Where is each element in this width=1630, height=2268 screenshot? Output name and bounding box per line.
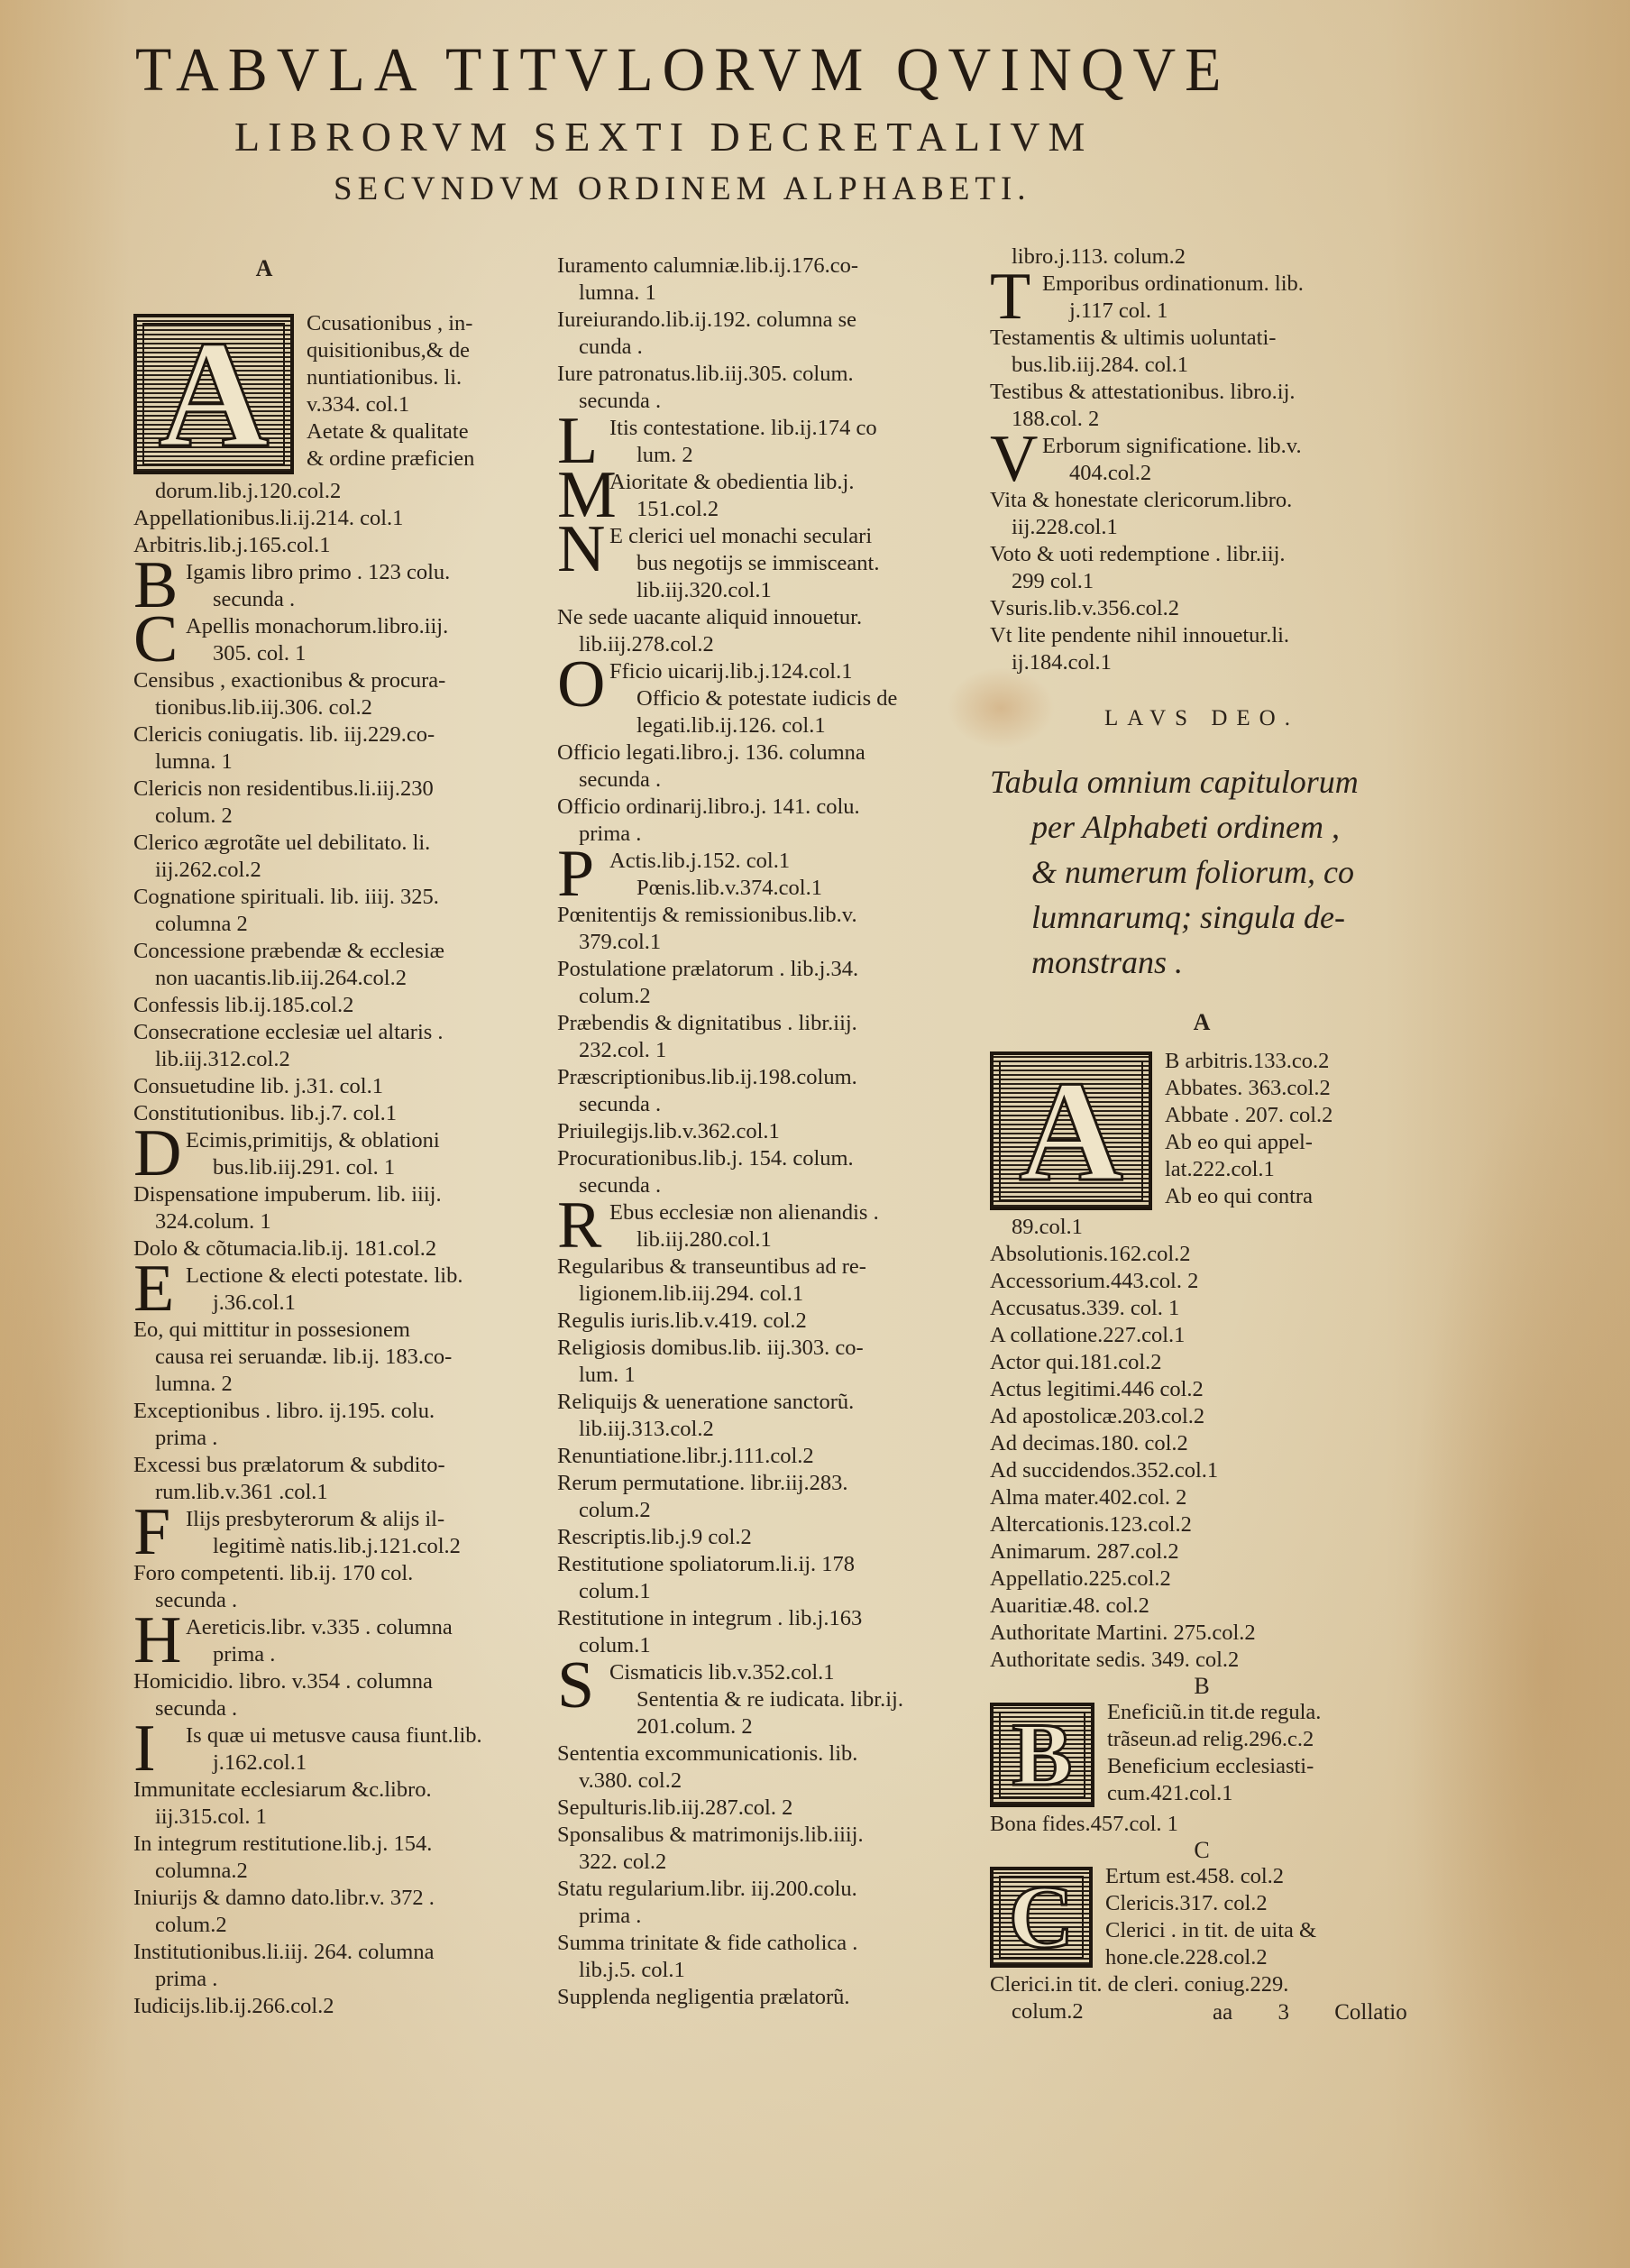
index-entry: Sponsalibus & matrimonijs.lib.iiij.322. … [557, 1822, 958, 1876]
entry-continuation: colum.2 [557, 1497, 958, 1524]
entry-text: Itis contestatione. lib.ij.174 co [609, 415, 958, 442]
drop-cap-letter: F [133, 1504, 170, 1560]
entry-text: Ilijs presbyterorum & alijs il- [186, 1506, 530, 1533]
entry-continuation: prima . [133, 1966, 530, 1993]
entry-text: Iure patronatus.lib.iij.305. colum. [557, 361, 958, 388]
entry-continuation: 232.col. 1 [557, 1037, 958, 1064]
index-entry: Confessis lib.ij.185.col.2 [133, 992, 530, 1019]
initial-block-a: A Ccusationibus , in-quisitionibus,& den… [133, 310, 530, 505]
drop-cap-letter: D [133, 1125, 181, 1181]
index-entry: Sententia excommunicationis. lib.v.380. … [557, 1740, 958, 1795]
entry-text: Censibus , exactionibus & procura- [133, 667, 530, 694]
index-entry: Renuntiatione.libr.j.111.col.2 [557, 1443, 958, 1470]
index-entry: Concessione præbendæ & ecclesiænon uacan… [133, 938, 530, 992]
index-entry: Præscriptionibus.lib.ij.198.colum.secund… [557, 1064, 958, 1118]
drop-cap-letter: S [557, 1657, 594, 1713]
entry-text: Præscriptionibus.lib.ij.198.colum. [557, 1064, 958, 1091]
index-entry: LItis contestatione. lib.ij.174 colum. 2 [557, 415, 958, 469]
entry-text: Testamentis & ultimis uoluntati- [990, 325, 1414, 352]
entry-text: Præbendis & dignitatibus . libr.iij. [557, 1010, 958, 1037]
index-entry: Ad apostolicæ.203.col.2 [990, 1403, 1414, 1430]
index-entry: OFficio uicarij.lib.j.124.col.1Officio &… [557, 658, 958, 739]
entry-continuation: dorum.lib.j.120.col.2 [133, 478, 530, 505]
index-entry: Postulatione prælatorum . lib.j.34.colum… [557, 956, 958, 1010]
entry-continuation: Officio & potestate iudicis de [609, 685, 958, 712]
entry-continuation: lumna. 2 [133, 1371, 530, 1398]
index-entry: Eo, qui mittitur in possesionemcausa rei… [133, 1317, 530, 1398]
index-entry: VErborum significatione. lib.v.404.col.2 [990, 433, 1414, 487]
entry-text: Aereticis.libr. v.335 . columna [186, 1614, 530, 1641]
index-entry: HAereticis.libr. v.335 . columnaprima . [133, 1614, 530, 1668]
index-entry: REbus ecclesiæ non alienandis .lib.iij.2… [557, 1199, 958, 1253]
entry-continuation: secunda . [557, 388, 958, 415]
index-entry: Iure patronatus.lib.iij.305. colum.secun… [557, 361, 958, 415]
entry-continuation: non uacantis.lib.iij.264.col.2 [133, 965, 530, 992]
entry-continuation: 89.col.1 [990, 1214, 1414, 1241]
entry-text: Sponsalibus & matrimonijs.lib.iiij. [557, 1822, 958, 1849]
entry-continuation: iij.315.col. 1 [133, 1804, 530, 1831]
entry-continuation: secunda . [186, 586, 530, 613]
entry-continuation: 322. col.2 [557, 1849, 958, 1876]
index-entry: Statu regularium.libr. iij.200.colu.prim… [557, 1876, 958, 1930]
entry-continuation: j.162.col.1 [186, 1749, 530, 1777]
index-entry: Censibus , exactionibus & procura-tionib… [133, 667, 530, 721]
index-entry: NE clerici uel monachi secularibus negot… [557, 523, 958, 604]
entry-text: Foro competenti. lib.ij. 170 col. [133, 1560, 530, 1587]
index-entry: Constitutionibus. lib.j.7. col.1 [133, 1100, 530, 1127]
entry-text: Postulatione prælatorum . lib.j.34. [557, 956, 958, 983]
entry-text: E clerici uel monachi seculari [609, 523, 958, 550]
index-entry: Animarum. 287.col.2 [990, 1538, 1414, 1566]
entry-list: Appellationibus.li.ij.214. col.1Arbitris… [133, 505, 530, 2020]
laus-deo-heading: LAVS DEO. [990, 705, 1414, 732]
entry-text: Vt lite pendente nihil innouetur.li. [990, 622, 1414, 649]
entry-continuation: 379.col.1 [557, 929, 958, 956]
index-entry: Regularibus & transeuntibus ad re-ligion… [557, 1253, 958, 1308]
index-entry: Arbitris.lib.j.165.col.1 [133, 532, 530, 559]
entry-text: Authoritate sedis. 349. col.2 [990, 1647, 1414, 1674]
entry-continuation: lib.iij.320.col.1 [609, 577, 958, 604]
index-entry: CApellis monachorum.libro.iij.305. col. … [133, 613, 530, 667]
entry-text: Testibus & attestationibus. libro.ij. [990, 379, 1414, 406]
index-entry: Officio legati.libro.j. 136. columnasecu… [557, 739, 958, 794]
index-entry: IIs quæ ui metusve causa fiunt.lib.j.162… [133, 1722, 530, 1777]
index-entry: Restitutione spoliatorum.li.ij. 178colum… [557, 1551, 958, 1605]
tabula-heading: Tabula omnium capitulorum per Alphabeti … [990, 759, 1414, 985]
entry-text: Clericis coniugatis. lib. iij.229.co- [133, 721, 530, 748]
entry-text: Voto & uoti redemptione . libr.iij. [990, 541, 1414, 568]
entry-text: Restitutione in integrum . lib.j.163 [557, 1605, 958, 1632]
index-entry: Ne sede uacante aliquid innouetur.lib.ii… [557, 604, 958, 658]
entry-text: & numerum foliorum, co [990, 849, 1414, 895]
entry-continuation: colum.1 [557, 1632, 958, 1659]
index-entry: Regulis iuris.lib.v.419. col.2 [557, 1308, 958, 1335]
entry-text: Consecratione ecclesiæ uel altaris . [133, 1019, 530, 1046]
drop-cap-letter: H [133, 1612, 181, 1668]
entry-list: libro.j.113. colum.2TEmporibus ordinatio… [990, 243, 1414, 676]
index-entry: Vita & honestate clericorum.libro.iij.22… [990, 487, 1414, 541]
entry-text: A collatione.227.col.1 [990, 1322, 1414, 1349]
entry-text: Clerico ægrotãte uel debilitato. li. [133, 830, 530, 857]
decorated-initial-b-icon: B [990, 1703, 1094, 1807]
index-entry: Officio ordinarij.libro.j. 141. colu.pri… [557, 794, 958, 848]
entry-text: Consuetudine lib. j.31. col.1 [133, 1073, 530, 1100]
entry-text: Restitutione spoliatorum.li.ij. 178 [557, 1551, 958, 1578]
entry-text: Lectione & electi potestate. lib. [186, 1263, 530, 1290]
decorated-initial-c-icon: C [990, 1867, 1093, 1968]
initial-glyph: B [1012, 1710, 1073, 1800]
entry-text: Bona fides.457.col. 1 [990, 1811, 1414, 1838]
entry-text: Dolo & cõtumacia.lib.ij. 181.col.2 [133, 1235, 530, 1263]
index-entry: Ad succidendos.352.col.1 [990, 1457, 1414, 1484]
entry-text: Vsuris.lib.v.356.col.2 [990, 595, 1414, 622]
entry-continuation: prima . [557, 1903, 958, 1930]
initial-glyph: C [1009, 1872, 1074, 1962]
page-footer: aa 3 Collatio [1213, 2000, 1447, 2025]
entry-text: Emporibus ordinationum. lib. [1042, 271, 1414, 298]
entry-text: Confessis lib.ij.185.col.2 [133, 992, 530, 1019]
initial-block-b: B Eneficiũ.in tit.de regula.trãseun.ad r… [990, 1699, 1414, 1811]
entry-text: Erborum significatione. lib.v. [1042, 433, 1414, 460]
index-entry: ELectione & electi potestate. lib.j.36.c… [133, 1263, 530, 1317]
index-entry: Bona fides.457.col. 1 [990, 1811, 1414, 1838]
entry-continuation: 201.colum. 2 [609, 1713, 958, 1740]
index-entry: Procurationibus.lib.j. 154. colum.secund… [557, 1145, 958, 1199]
index-entry: DEcimis,primitijs, & oblationibus.lib.ii… [133, 1127, 530, 1181]
entry-text: Accessorium.443.col. 2 [990, 1268, 1414, 1295]
entry-text: Pœnitentijs & remissionibus.lib.v. [557, 902, 958, 929]
decorated-initial-a-icon: A [990, 1051, 1152, 1210]
index-entry: BIgamis libro primo . 123 colu.secunda . [133, 559, 530, 613]
index-entry: Homicidio. libro. v.354 . columnasecunda… [133, 1668, 530, 1722]
entry-text: Iudicijs.lib.ij.266.col.2 [133, 1993, 530, 2020]
entry-continuation: lib.j.5. col.1 [557, 1957, 958, 1984]
index-entry: Consuetudine lib. j.31. col.1 [133, 1073, 530, 1100]
index-entry: Iureiurando.lib.ij.192. columna secunda … [557, 307, 958, 361]
entry-continuation: secunda . [557, 767, 958, 794]
index-entry: libro.j.113. colum.2 [990, 243, 1414, 271]
entry-list: Bona fides.457.col. 1 [990, 1811, 1414, 1838]
entry-continuation: prima . [557, 821, 958, 848]
index-entry: Immunitate ecclesiarum &c.libro.iij.315.… [133, 1777, 530, 1831]
entry-text: Animarum. 287.col.2 [990, 1538, 1414, 1566]
drop-cap-letter: P [557, 846, 594, 902]
entry-text: Clerici.in tit. de cleri. coniug.229. [990, 1971, 1414, 1998]
entry-text: Alma mater.402.col. 2 [990, 1484, 1414, 1511]
entry-text: Eo, qui mittitur in possesionem [133, 1317, 530, 1344]
entry-continuation: bus negotijs se immisceant. [609, 550, 958, 577]
entry-continuation: iij.262.col.2 [133, 857, 530, 884]
index-entry: Pœnitentijs & remissionibus.lib.v.379.co… [557, 902, 958, 956]
entry-text: Exceptionibus . libro. ij.195. colu. [133, 1398, 530, 1425]
initial-glyph: A [159, 317, 270, 471]
index-entry: Authoritate sedis. 349. col.2 [990, 1647, 1414, 1674]
entry-continuation: ligionem.lib.iij.294. col.1 [557, 1281, 958, 1308]
index-entry: In integrum restitutione.lib.j. 154.colu… [133, 1831, 530, 1885]
entry-continuation: iij.228.col.1 [990, 514, 1414, 541]
entry-text: Immunitate ecclesiarum &c.libro. [133, 1777, 530, 1804]
index-entry: Accessorium.443.col. 2 [990, 1268, 1414, 1295]
entry-text: Regulis iuris.lib.v.419. col.2 [557, 1308, 958, 1335]
entry-continuation: 188.col. 2 [990, 406, 1414, 433]
index-entry: Accusatus.339. col. 1 [990, 1295, 1414, 1322]
entry-text: Authoritate Martini. 275.col.2 [990, 1620, 1414, 1647]
entry-text: Homicidio. libro. v.354 . columna [133, 1668, 530, 1695]
entry-continuation: columna 2 [133, 911, 530, 938]
drop-cap-letter: R [557, 1198, 601, 1253]
entry-text: Dispensatione impuberum. lib. iiij. [133, 1181, 530, 1208]
signature-mark: aa [1213, 2000, 1232, 2025]
initial-block-c: C Ertum est.458. col.2Clericis.317. col.… [990, 1863, 1414, 1971]
entry-continuation: 151.col.2 [609, 496, 958, 523]
entry-text: Rescriptis.lib.j.9 col.2 [557, 1524, 958, 1551]
entry-continuation: 404.col.2 [1042, 460, 1414, 487]
index-entry: Appellatio.225.col.2 [990, 1566, 1414, 1593]
index-entry: Authoritate Martini. 275.col.2 [990, 1620, 1414, 1647]
entry-continuation: j.36.col.1 [186, 1290, 530, 1317]
entry-text: Institutionibus.li.iij. 264. columna [133, 1939, 530, 1966]
drop-cap-letter: C [133, 611, 178, 667]
entry-text: Iureiurando.lib.ij.192. columna se [557, 307, 958, 334]
entry-continuation: ij.184.col.1 [990, 649, 1414, 676]
entry-text: Is quæ ui metusve causa fiunt.lib. [186, 1722, 530, 1749]
drop-cap-letter: N [557, 521, 605, 577]
entry-text: Summa trinitate & fide catholica . [557, 1930, 958, 1957]
entry-text: Apellis monachorum.libro.iij. [186, 613, 530, 640]
index-entry: Rescriptis.lib.j.9 col.2 [557, 1524, 958, 1551]
section-letter-a: A [990, 1006, 1414, 1039]
entry-text: Renuntiatione.libr.j.111.col.2 [557, 1443, 958, 1470]
entry-list: Absolutionis.162.col.2Accessorium.443.co… [990, 1241, 1414, 1674]
entry-continuation: legitimè natis.lib.j.121.col.2 [186, 1533, 530, 1560]
entry-continuation: cunda . [557, 334, 958, 361]
index-entry: Iuramento calumniæ.lib.ij.176.co-lumna. … [557, 253, 958, 307]
entry-text: Sententia excommunicationis. lib. [557, 1740, 958, 1768]
entry-continuation: lum. 2 [609, 442, 958, 469]
entry-continuation: colum.2 [133, 1912, 530, 1939]
entry-continuation: libro.j.113. colum.2 [990, 243, 1414, 271]
entry-continuation: 299 col.1 [990, 568, 1414, 595]
entry-text: Actor qui.181.col.2 [990, 1349, 1414, 1376]
entry-continuation: lib.iij.278.col.2 [557, 631, 958, 658]
entry-continuation: lib.iij.313.col.2 [557, 1416, 958, 1443]
drop-cap-letter: E [133, 1261, 174, 1317]
index-entry: Clericis coniugatis. lib. iij.229.co-lum… [133, 721, 530, 776]
entry-continuation: j.117 col. 1 [1042, 298, 1414, 325]
entry-text: lumnarumq; singula de- [990, 895, 1414, 940]
entry-text: Sepulturis.lib.iij.287.col. 2 [557, 1795, 958, 1822]
drop-cap-letter: V [990, 431, 1038, 487]
entry-text: Arbitris.lib.j.165.col.1 [133, 532, 530, 559]
tabula-line: Tabula omnium capitulorum [990, 759, 1414, 804]
entry-text: Supplenda negligentia prælatorũ. [557, 1984, 958, 2011]
index-entry: Ad decimas.180. col.2 [990, 1430, 1414, 1457]
entry-continuation: secunda . [133, 1587, 530, 1614]
index-entry: SCismaticis lib.v.352.col.1Sententia & r… [557, 1659, 958, 1740]
entry-text: Rerum permutatione. libr.iij.283. [557, 1470, 958, 1497]
entry-continuation: lumna. 1 [133, 748, 530, 776]
entry-text: Altercationis.123.col.2 [990, 1511, 1414, 1538]
index-entry: Religiosis domibus.lib. iij.303. co-lum.… [557, 1335, 958, 1389]
index-entry: Actor qui.181.col.2 [990, 1349, 1414, 1376]
entry-text: Actus legitimi.446 col.2 [990, 1376, 1414, 1403]
index-entry: Actus legitimi.446 col.2 [990, 1376, 1414, 1403]
index-entry: Testamentis & ultimis uoluntati-bus.lib.… [990, 325, 1414, 379]
index-entry: A collatione.227.col.1 [990, 1322, 1414, 1349]
entry-text: Concessione præbendæ & ecclesiæ [133, 938, 530, 965]
entry-text: monstrans . [990, 940, 1414, 985]
entry-continuation: 305. col. 1 [186, 640, 530, 667]
index-entry: Excessi bus prælatorum & subdito-rum.lib… [133, 1452, 530, 1506]
index-entry: Summa trinitate & fide catholica .lib.j.… [557, 1930, 958, 1984]
entry-text: Regularibus & transeuntibus ad re- [557, 1253, 958, 1281]
index-entry: MAioritate & obedientia lib.j.151.col.2 [557, 469, 958, 523]
entry-text: Ecimis,primitijs, & oblationi [186, 1127, 530, 1154]
decorated-initial-a-icon: A [133, 314, 294, 474]
drop-cap-letter: I [133, 1721, 156, 1777]
index-entry: Supplenda negligentia prælatorũ. [557, 1984, 958, 2011]
entry-continuation: secunda . [133, 1695, 530, 1722]
drop-cap-letter: O [557, 657, 605, 712]
index-entry: Præbendis & dignitatibus . libr.iij.232.… [557, 1010, 958, 1064]
entry-text: In integrum restitutione.lib.j. 154. [133, 1831, 530, 1858]
index-entry: Auaritiæ.48. col.2 [990, 1593, 1414, 1620]
entry-text: Actis.lib.j.152. col.1 [609, 848, 958, 875]
index-entry: Dispensatione impuberum. lib. iiij.324.c… [133, 1181, 530, 1235]
title-line-2: LIBRORVM SEXTI DECRETALIVM [234, 113, 1316, 161]
right-column: libro.j.113. colum.2TEmporibus ordinatio… [990, 243, 1414, 2025]
entry-text: Fficio uicarij.lib.j.124.col.1 [609, 658, 958, 685]
entry-continuation: colum. 2 [133, 803, 530, 830]
entry-text: Excessi bus prælatorum & subdito- [133, 1452, 530, 1479]
index-entry: Appellationibus.li.ij.214. col.1 [133, 505, 530, 532]
entry-continuation: legati.lib.ij.126. col.1 [609, 712, 958, 739]
index-entry: FIlijs presbyterorum & alijs il-legitimè… [133, 1506, 530, 1560]
entry-text: Ne sede uacante aliquid innouetur. [557, 604, 958, 631]
drop-cap-letter: T [990, 269, 1030, 325]
entry-text: Cognatione spirituali. lib. iiij. 325. [133, 884, 530, 911]
index-entry: Alma mater.402.col. 2 [990, 1484, 1414, 1511]
entry-text: Appellationibus.li.ij.214. col.1 [133, 505, 530, 532]
entry-continuation: lum. 1 [557, 1362, 958, 1389]
entry-text: Igamis libro primo . 123 colu. [186, 559, 530, 586]
index-entry: Voto & uoti redemptione . libr.iij.299 c… [990, 541, 1414, 595]
entry-continuation: prima . [133, 1425, 530, 1452]
entry-continuation: columna.2 [133, 1858, 530, 1885]
index-entry: Testibus & attestationibus. libro.ij.188… [990, 379, 1414, 433]
entry-continuation: tionibus.lib.iij.306. col.2 [133, 694, 530, 721]
entry-continuation: 324.colum. 1 [133, 1208, 530, 1235]
entry-continuation: lumna. 1 [557, 280, 958, 307]
entry-text: Aioritate & obedientia lib.j. [609, 469, 958, 496]
entry-list: Iuramento calumniæ.lib.ij.176.co-lumna. … [557, 253, 958, 2011]
index-entry: Absolutionis.162.col.2 [990, 1241, 1414, 1268]
entry-text: Vita & honestate clericorum.libro. [990, 487, 1414, 514]
index-entry: Iniurijs & damno dato.libr.v. 372 .colum… [133, 1885, 530, 1939]
index-entry: Consecratione ecclesiæ uel altaris .lib.… [133, 1019, 530, 1073]
entry-text: Priuilegijs.lib.v.362.col.1 [557, 1118, 958, 1145]
entry-text: Iuramento calumniæ.lib.ij.176.co- [557, 253, 958, 280]
entry-text: Cismaticis lib.v.352.col.1 [609, 1659, 958, 1686]
middle-column: Iuramento calumniæ.lib.ij.176.co-lumna. … [557, 253, 958, 2011]
entry-text: Constitutionibus. lib.j.7. col.1 [133, 1100, 530, 1127]
index-entry: Restitutione in integrum . lib.j.163colu… [557, 1605, 958, 1659]
paper-stain [1406, 1082, 1630, 2254]
section-letter-b: B [990, 1674, 1414, 1699]
index-entry: Reliquijs & ueneratione sanctorũ.lib.iij… [557, 1389, 958, 1443]
entry-continuation: rum.lib.v.361 .col.1 [133, 1479, 530, 1506]
entry-text: Reliquijs & ueneratione sanctorũ. [557, 1389, 958, 1416]
entry-continuation: Sententia & re iudicata. libr.ij. [609, 1686, 958, 1713]
entry-text: Absolutionis.162.col.2 [990, 1241, 1414, 1268]
entry-continuation: secunda . [557, 1172, 958, 1199]
entry-text: Ebus ecclesiæ non alienandis . [609, 1199, 958, 1226]
section-letter-a: A [0, 253, 530, 285]
entry-text: Officio ordinarij.libro.j. 141. colu. [557, 794, 958, 821]
entry-text: Ad decimas.180. col.2 [990, 1430, 1414, 1457]
index-entry: Vt lite pendente nihil innouetur.li.ij.1… [990, 622, 1414, 676]
index-entry: Foro competenti. lib.ij. 170 col.secunda… [133, 1560, 530, 1614]
left-column: A A Ccusationibus , in-quisitionibus,& d… [133, 253, 530, 2020]
index-entry: Cognatione spirituali. lib. iiij. 325.co… [133, 884, 530, 938]
entry-text: Procurationibus.lib.j. 154. colum. [557, 1145, 958, 1172]
index-entry: PActis.lib.j.152. col.1Pœnis.lib.v.374.c… [557, 848, 958, 902]
index-entry: Dolo & cõtumacia.lib.ij. 181.col.2 [133, 1235, 530, 1263]
entry-continuation: causa rei seruandæ. lib.ij. 183.co- [133, 1344, 530, 1371]
entry-text: Appellatio.225.col.2 [990, 1566, 1414, 1593]
signature-number: 3 [1277, 2000, 1289, 2025]
entry-text: Accusatus.339. col. 1 [990, 1295, 1414, 1322]
entry-text: Religiosis domibus.lib. iij.303. co- [557, 1335, 958, 1362]
index-entry: Vsuris.lib.v.356.col.2 [990, 595, 1414, 622]
initial-glyph: A [1019, 1059, 1123, 1203]
index-entry: TEmporibus ordinationum. lib.j.117 col. … [990, 271, 1414, 325]
entry-continuation: colum.1 [557, 1578, 958, 1605]
entry-text: Ad succidendos.352.col.1 [990, 1457, 1414, 1484]
index-entry: Clericis non residentibus.li.iij.230colu… [133, 776, 530, 830]
index-entry: Altercationis.123.col.2 [990, 1511, 1414, 1538]
entry-text: per Alphabeti ordinem , [990, 804, 1414, 849]
entry-text: Auaritiæ.48. col.2 [990, 1593, 1414, 1620]
entry-text: Ad apostolicæ.203.col.2 [990, 1403, 1414, 1430]
section-letter-c: C [990, 1838, 1414, 1863]
title-line-3: SECVNDVM ORDINEM ALPHABETI. [334, 170, 1235, 208]
entry-text: Statu regularium.libr. iij.200.colu. [557, 1876, 958, 1903]
entry-continuation: lib.iij.312.col.2 [133, 1046, 530, 1073]
entry-continuation: Pœnis.lib.v.374.col.1 [609, 875, 958, 902]
index-entry: Iudicijs.lib.ij.266.col.2 [133, 1993, 530, 2020]
entry-text: Officio legati.libro.j. 136. columna [557, 739, 958, 767]
entry-continuation: bus.lib.iij.284. col.1 [990, 352, 1414, 379]
entry-continuation: lib.iij.280.col.1 [609, 1226, 958, 1253]
entry-continuation: secunda . [557, 1091, 958, 1118]
entry-continuation: bus.lib.iij.291. col. 1 [186, 1154, 530, 1181]
index-entry: Priuilegijs.lib.v.362.col.1 [557, 1118, 958, 1145]
index-entry: Rerum permutatione. libr.iij.283.colum.2 [557, 1470, 958, 1524]
entry-text: Iniurijs & damno dato.libr.v. 372 . [133, 1885, 530, 1912]
index-entry: Institutionibus.li.iij. 264. columnaprim… [133, 1939, 530, 1993]
index-entry: Exceptionibus . libro. ij.195. colu.prim… [133, 1398, 530, 1452]
entry-continuation: v.380. col.2 [557, 1768, 958, 1795]
index-entry: Sepulturis.lib.iij.287.col. 2 [557, 1795, 958, 1822]
catchword: Collatio [1334, 2000, 1407, 2025]
entry-continuation: prima . [186, 1641, 530, 1668]
entry-continuation: colum.2 [557, 983, 958, 1010]
entry-text: Clericis non residentibus.li.iij.230 [133, 776, 530, 803]
initial-block-a: A B arbitris.133.co.2Abbates. 363.col.2A… [990, 1048, 1414, 1241]
index-entry: Clerico ægrotãte uel debilitato. li.iij.… [133, 830, 530, 884]
title-line-1: TABVLA TITVLORVM QVINQVE [135, 34, 1397, 106]
